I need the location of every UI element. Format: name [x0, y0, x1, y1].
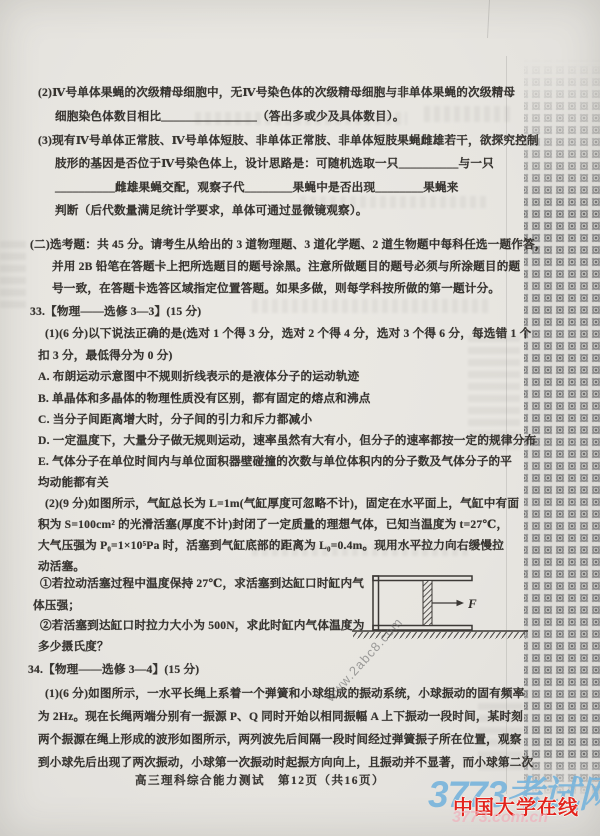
force-label: F: [467, 596, 477, 611]
text-line: D. 一定温度下，大量分子做无规则运动，速率虽然有大有小，但分子的速率都按一定的…: [38, 434, 536, 448]
text-line: (1)(6 分)如图所示，一水平长绳上系着一个弹簧和小球组成的振动系统，小球振动…: [45, 687, 525, 701]
text-line: ②若活塞到达缸口时拉力大小为 500N，求此时缸内气体温度为: [40, 619, 365, 633]
bleedthrough-artifact: [424, 106, 512, 122]
text-line: 34.【物理——选修 3—4】(15 分): [28, 663, 199, 677]
text-line: 大气压强为 P₀=1×10⁵Pa 时，活塞到气缸底部的距离为 L₀=0.4m。现…: [38, 539, 504, 553]
text-line: B. 单晶体和多晶体的物理性质没有区别，都有固定的熔点和沸点: [38, 392, 371, 406]
text-line: C. 当分子间距离增大时，分子间的引力和斥力都减小: [38, 413, 312, 427]
text-line: 积为 S=100cm² 的光滑活塞(厚度不计)封闭了一定质量的理想气体，已知当温…: [38, 518, 508, 532]
text-line: 两个振源在绳上形成的波形如图所示，两列波先后间隔一段时间经过弹簧振子所在位置，观…: [38, 733, 522, 747]
text-line: (1)(6 分)以下说法正确的是(选对 1 个得 3 分，选对 2 个得 4 分…: [45, 327, 531, 341]
adjacent-page-halftone-pattern: [524, 58, 600, 800]
text-line: 号一致，在答题卡选答区域指定位置答题。如果多做，则每学科按所做的第一题计分。: [52, 282, 500, 296]
text-line: 33.【物理——选修 3—3】(15 分): [30, 305, 201, 319]
scan-crease: [487, 0, 490, 38]
text-line: 扣 3 分，最低得分为 0 分): [38, 349, 173, 363]
bleedthrough-artifact: [468, 330, 520, 450]
text-line: E. 气体分子在单位时间内与单位面积器壁碰撞的次数与单位体积内的分子数及气体分子…: [38, 455, 512, 469]
text-line: 多少摄氏度？: [38, 640, 109, 654]
scanned-exam-page: (2)Ⅳ号单体果蝇的次级精母细胞中，无Ⅳ号染色体的次级精母细胞与非单体果蝇的次级…: [0, 0, 600, 836]
text-line: 判断（后代数量满足统计学要求，单体可通过显微镜观察）。: [55, 204, 368, 218]
text-line: 动活塞。: [38, 560, 85, 574]
piston: [423, 581, 432, 626]
text-line: 均动能都有关: [38, 476, 109, 490]
watermark-site-url: 3773.com.cn: [452, 809, 548, 827]
bleedthrough-artifact: [0, 238, 26, 308]
text-line: 肢形的基因是否位于Ⅳ号染色体上，设计思路是：可随机选取一只__________与…: [55, 157, 494, 171]
text-line: __________雌雄果蝇交配，观察子代________果蝇中是否出现____…: [55, 181, 459, 195]
text-line: 细胞染色体数目相比________________（答出多或少及具体数目）。: [55, 110, 405, 124]
text-line: 为 2Hz。现在长绳两端分别有一振源 P、Q 同时开始以相同振幅 A 上下振动一…: [38, 710, 523, 724]
bleedthrough-artifact: [252, 299, 490, 313]
text-line: (2)Ⅳ号单体果蝇的次级精母细胞中，无Ⅳ号染色体的次级精母细胞与非单体果蝇的次级…: [38, 86, 515, 100]
text-line: 体压强；: [33, 599, 80, 613]
text-line: (2)(9 分)如图所示，气缸总长为 L=1m(气缸厚度可忽略不计)，固定在水平…: [45, 497, 519, 511]
text-line: A. 布朗运动示意图中不规则折线表示的是液体分子的运动轨迹: [38, 370, 359, 384]
text-line: (二)选考题：共 45 分。请考生从给出的 3 道物理题、3 道化学题、2 道生…: [30, 238, 547, 252]
text-line: 并用 2B 铅笔在答题卡上把所选题目的题号涂黑。注意所做题目的题号必须与所涂题目…: [52, 260, 520, 274]
page-footer: 高三理科综合能力测试 第12页（共16页）: [110, 772, 410, 788]
text-line: (3)现有Ⅳ号单体正常肢、Ⅳ号单体短肢、非单体正常肢、非单体短肢果蝇雌雄若干，欲…: [38, 134, 539, 148]
text-line: ①若拉动活塞过程中温度保持 27℃，求活塞到达缸口时缸内气: [40, 577, 364, 591]
force-arrow: [432, 600, 464, 606]
